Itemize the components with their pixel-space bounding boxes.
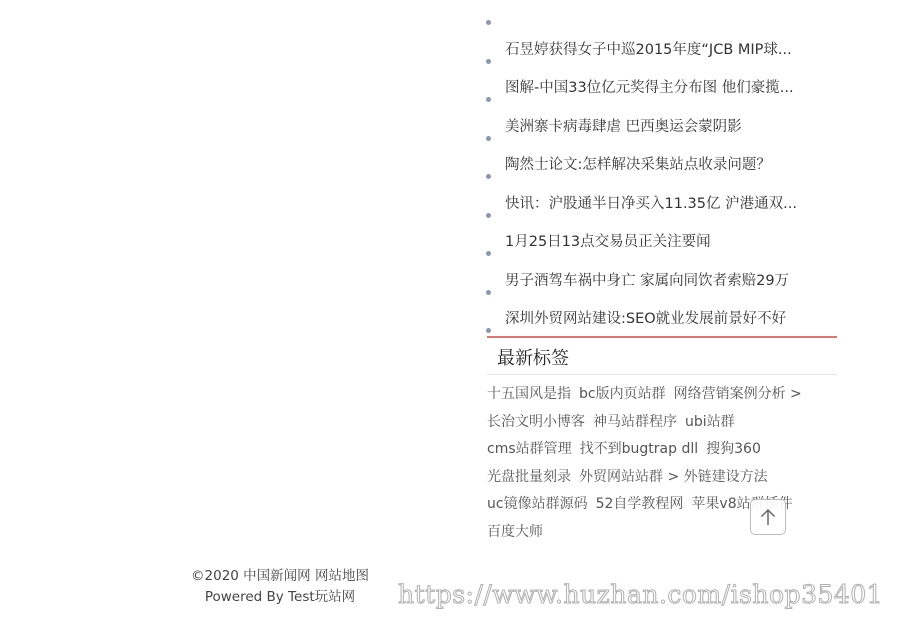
watermark-text: https://www.huzhan.com/ishop35401 bbox=[398, 580, 883, 609]
footer: ©2020 中国新闻网 网站地图 Powered By Test玩站网 bbox=[170, 566, 390, 608]
powered-by-text: Powered By Test玩站网 bbox=[170, 587, 390, 608]
copyright-text: ©2020 中国新闻网 bbox=[191, 568, 311, 584]
news-item[interactable] bbox=[486, 0, 836, 31]
news-item[interactable]: 图解-中国33位亿元奖得主分布图 他们豪揽... bbox=[486, 69, 836, 108]
news-title: 男子酒驾车祸中身亡 家属向同饮者索赔29万 bbox=[505, 273, 789, 289]
tag-link[interactable]: 光盘批量刻录 bbox=[487, 469, 571, 485]
bullet-icon bbox=[486, 251, 491, 256]
tag-link[interactable]: 搜狗360 bbox=[706, 441, 761, 457]
bullet-icon bbox=[486, 136, 491, 141]
news-title: 1月25日13点交易员正关注要闻 bbox=[505, 234, 711, 250]
arrow-up-icon bbox=[760, 508, 776, 526]
news-list: 石昱婷获得女子中巡2015年度“JCB MIP球... 图解-中国33位亿元奖得… bbox=[486, 0, 836, 339]
bullet-icon bbox=[486, 290, 491, 295]
footer-line-1: ©2020 中国新闻网 网站地图 bbox=[170, 566, 390, 587]
tag-link[interactable]: 网络营销案例分析 > bbox=[674, 386, 802, 402]
tag-link[interactable]: 长治文明小博客 bbox=[487, 414, 585, 430]
news-item[interactable]: 美洲寨卡病毒肆虐 巴西奥运会蒙阴影 bbox=[486, 108, 836, 147]
news-item[interactable]: 快讯：沪股通半日净买入11.35亿 沪港通双... bbox=[486, 185, 836, 224]
back-to-top-button[interactable] bbox=[750, 499, 786, 535]
bullet-icon bbox=[486, 213, 491, 218]
bullet-icon bbox=[486, 97, 491, 102]
sitemap-link[interactable]: 网站地图 bbox=[315, 568, 369, 584]
news-title: 快讯：沪股通半日净买入11.35亿 沪港通双... bbox=[505, 196, 797, 212]
news-title: 陶然士论文:怎样解决采集站点收录问题？ bbox=[505, 157, 771, 173]
news-title: 美洲寨卡病毒肆虐 巴西奥运会蒙阴影 bbox=[505, 119, 742, 135]
news-item[interactable]: 1月25日13点交易员正关注要闻 bbox=[486, 223, 836, 262]
tag-link[interactable]: ubi站群 bbox=[685, 414, 735, 430]
tag-link[interactable]: 神马站群程序 bbox=[593, 414, 677, 430]
news-title: 深圳外贸网站建设:SEO就业发展前景好不好 bbox=[505, 311, 786, 327]
tag-link[interactable]: 百度大师 bbox=[487, 524, 543, 540]
news-item[interactable]: 石昱婷获得女子中巡2015年度“JCB MIP球... bbox=[486, 31, 836, 70]
tags-heading: 最新标签 bbox=[487, 338, 837, 375]
news-item[interactable]: 陶然士论文:怎样解决采集站点收录问题？ bbox=[486, 146, 836, 185]
tag-link[interactable]: 52自学教程网 bbox=[596, 496, 684, 512]
news-item[interactable]: 男子酒驾车祸中身亡 家属向同饮者索赔29万 bbox=[486, 262, 836, 301]
bullet-icon bbox=[486, 20, 491, 25]
tag-link[interactable]: bc版内页站群 bbox=[579, 386, 666, 402]
news-title: 石昱婷获得女子中巡2015年度“JCB MIP球... bbox=[505, 42, 792, 58]
bullet-icon bbox=[486, 328, 491, 333]
tag-link[interactable]: 外贸网站站群 > 外链建设方法 bbox=[579, 469, 768, 485]
tag-link[interactable]: uc镜像站群源码 bbox=[487, 496, 588, 512]
tag-link[interactable]: 十五国风是指 bbox=[487, 386, 571, 402]
bullet-icon bbox=[486, 174, 491, 179]
news-item[interactable]: 深圳外贸网站建设:SEO就业发展前景好不好 bbox=[486, 300, 836, 339]
news-title: 图解-中国33位亿元奖得主分布图 他们豪揽... bbox=[505, 80, 794, 96]
tag-link[interactable]: 找不到bugtrap dll bbox=[580, 441, 698, 457]
bullet-icon bbox=[486, 59, 491, 64]
tag-link[interactable]: cms站群管理 bbox=[487, 441, 572, 457]
accent-divider bbox=[487, 336, 837, 338]
